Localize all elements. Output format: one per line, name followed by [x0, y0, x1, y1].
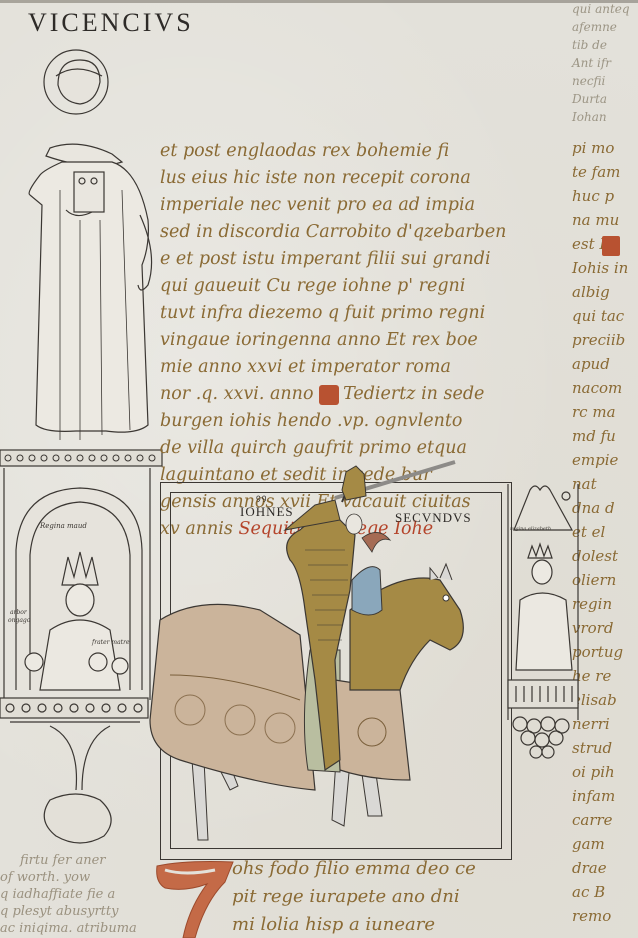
text-line: apud [572, 352, 630, 376]
side-note: ongago [8, 617, 30, 624]
text-line: Iohis in [572, 256, 630, 280]
text-line: tuvt infra diezemo q fuit primo regni [160, 300, 506, 327]
text-line: qui anteq [572, 0, 630, 18]
bottom-main-text: ohs fodo filio emma deo ce pit rege iura… [232, 855, 476, 938]
text-line: carre [572, 808, 630, 832]
queen-caption: Regina maud [40, 522, 87, 530]
text-line: qui gaueuit Cu rege iohne p' regni [160, 273, 506, 300]
text-line: mie anno xxvi et imperator roma [160, 354, 506, 381]
text-line: ac iniqima. atribuma [0, 920, 137, 937]
text-line: lus eius hic iste non recepit corona [160, 165, 506, 192]
red-initial-icon [602, 236, 620, 256]
red-decorated-initial-icon [155, 862, 235, 938]
text-line: vingaue ioringenna anno Et rex boe [160, 327, 506, 354]
text-line: qui tac [572, 304, 630, 328]
text-line: imperiale nec venit pro ea ad impia [160, 192, 506, 219]
saint-figure-icon [0, 40, 170, 460]
text-line: ac B [572, 880, 630, 904]
text-line: sed in discordia Carrobito d'qzebarben [160, 219, 506, 246]
text-line: nacom [572, 376, 630, 400]
text-line: tib de [572, 36, 630, 54]
text-line: Durta [572, 90, 630, 108]
right-niche-caption: regina elizabeth [510, 526, 551, 532]
text-line: empie [572, 448, 630, 472]
text-line: Iohan [572, 108, 630, 126]
text-line: afemne [572, 18, 630, 36]
side-note: arbor [10, 609, 27, 616]
top-edge-rule [0, 0, 638, 3]
text-line: de villa quirch gaufrit primo etqua [160, 435, 506, 462]
text-line: remo [572, 904, 630, 928]
right-column-text: qui anteq afemne tib de Ant ifr necfii D… [572, 0, 630, 928]
text-line: rc ma [572, 400, 630, 424]
text-line: gam [572, 832, 630, 856]
text-line: e et post istu imperant filii sui grandi [160, 246, 506, 273]
text-line: et post englaodas rex bohemie fi [160, 138, 506, 165]
text-line: burgen iohis hendo .vp. ognvlento [160, 408, 506, 435]
text-line: md fu [572, 424, 630, 448]
text-line: huc p [572, 184, 630, 208]
text-line: nor .q. xxvi. anno Tediertz in sede [160, 381, 506, 408]
text-line: infam [572, 784, 630, 808]
text-line: necfii [572, 72, 630, 90]
text-line: albig [572, 280, 630, 304]
side-note: frater matre [92, 639, 130, 646]
right-niche-drawing-icon [500, 480, 590, 770]
text-line: est Ie [572, 232, 630, 256]
saint-title: VICENCIVS [28, 8, 194, 38]
red-initial-icon [319, 385, 339, 405]
text-line: pi mo [572, 136, 630, 160]
text-line: mi lolia hisp a iuneare [232, 911, 476, 938]
text-line: na mu [572, 208, 630, 232]
text-line: firtu fer aner [0, 852, 137, 869]
text-line: q iadhaffiate fie a [0, 886, 137, 903]
text-line: preciib [572, 328, 630, 352]
mounted-knight-icon [140, 460, 480, 820]
text-line: of worth. yow [0, 869, 137, 886]
text-span: nor .q. xxvi. anno [160, 384, 313, 404]
text-line: q plesyt abusyrtty [0, 903, 137, 920]
text-span: Tediertz in sede [343, 384, 484, 404]
text-line: pit rege iurapete ano dni [232, 883, 476, 911]
manuscript-page: VICENCIVS et post englaodas rex bohemie … [0, 0, 638, 938]
text-line: ohs fodo filio emma deo ce [232, 855, 476, 883]
text-line: te fam [572, 160, 630, 184]
text-line: drae [572, 856, 630, 880]
bottom-left-text: firtu fer aner of worth. yow q iadhaffia… [0, 852, 137, 937]
text-line: Ant ifr [572, 54, 630, 72]
